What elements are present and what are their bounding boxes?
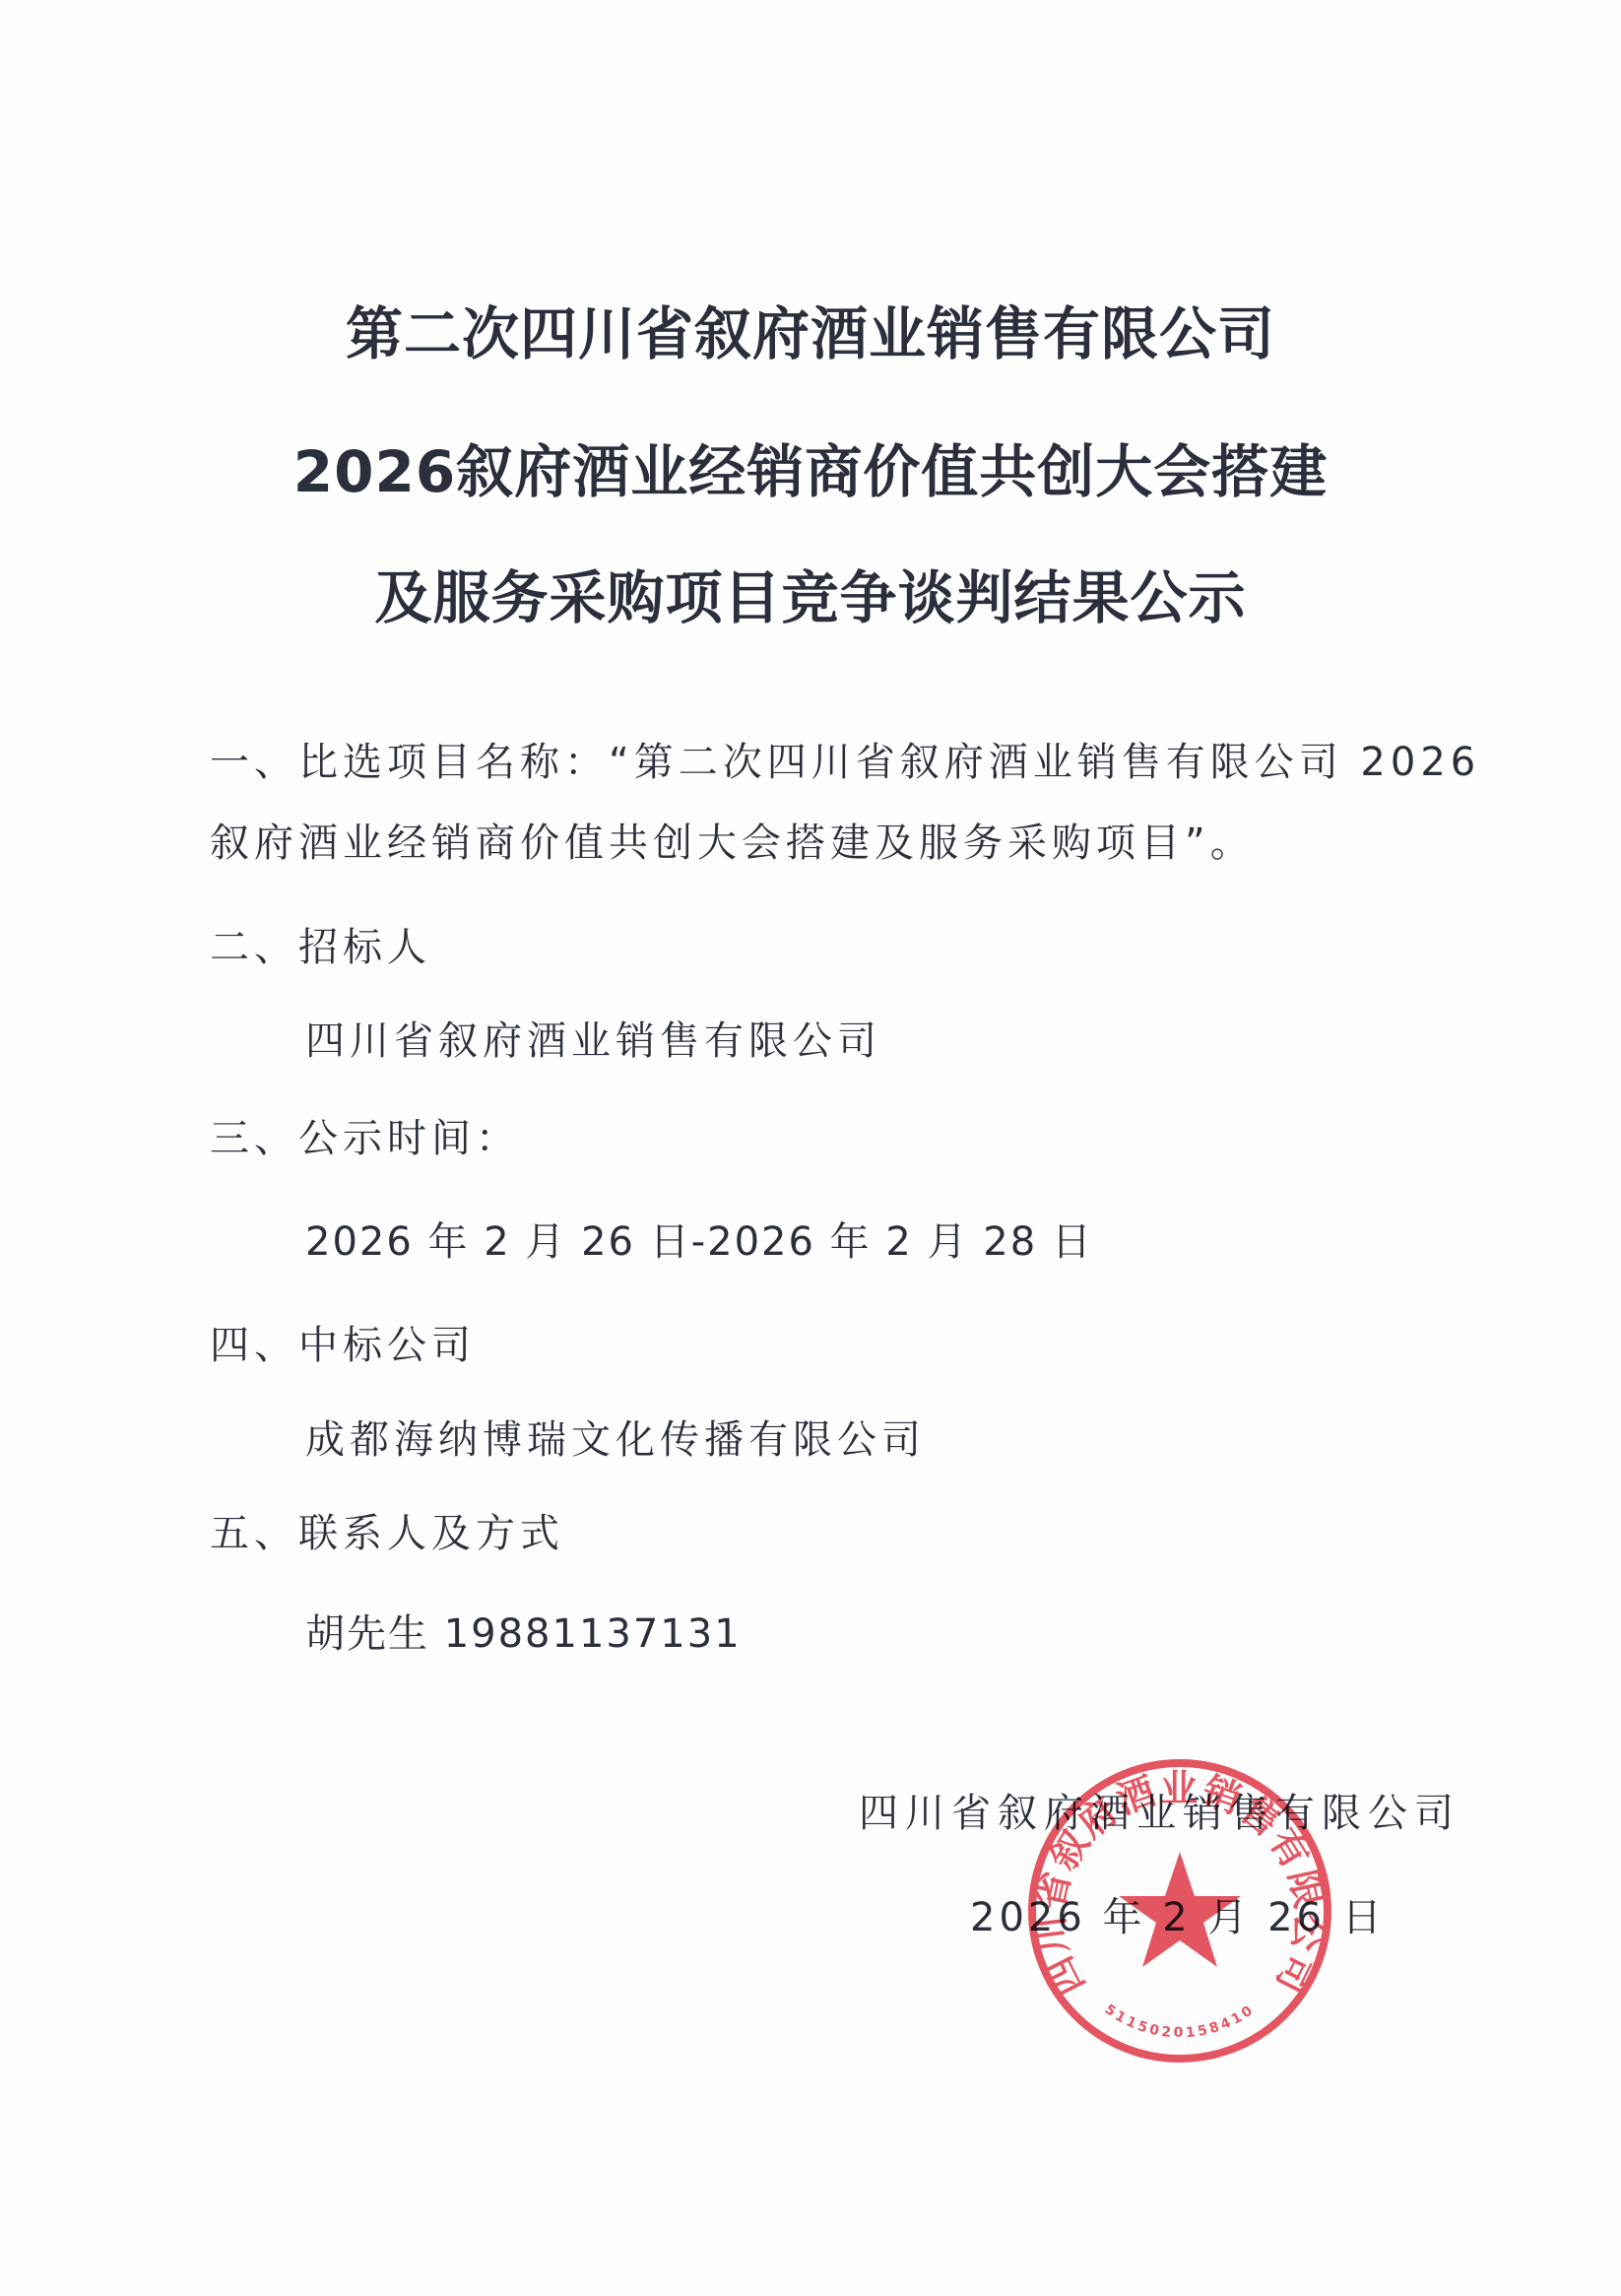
- section-5-content: 胡先生 19881137131: [305, 1608, 742, 1660]
- svg-text:5115020158410: 5115020158410: [1102, 2001, 1259, 2041]
- section-2-heading: 二、招标人: [210, 922, 431, 973]
- section-1-heading: 一、比选项目名称：“第二次四川省叙府酒业销售有限公司 2026: [210, 737, 1480, 788]
- document-page: 第二次四川省叙府酒业销售有限公司 2026叙府酒业经销商价值共创大会搭建 及服务…: [0, 0, 1621, 2296]
- section-4-heading: 四、中标公司: [210, 1320, 476, 1371]
- document-title-line-2: 2026叙府酒业经销商价值共创大会搭建: [0, 437, 1621, 506]
- section-3-heading: 三、公示时间：: [210, 1113, 520, 1164]
- seal-star-icon: [1119, 1852, 1241, 1967]
- section-2-content: 四川省叙府酒业销售有限公司: [305, 1016, 881, 1067]
- company-seal-stamp-icon: 四川省叙府酒业销售有限公司 5115020158410: [1022, 1753, 1337, 2068]
- document-title-line-1: 第二次四川省叙府酒业销售有限公司: [0, 299, 1621, 368]
- section-3-content: 2026 年 2 月 26 日-2026 年 2 月 28 日: [305, 1216, 1093, 1268]
- section-5-heading: 五、联系人及方式: [210, 1508, 564, 1559]
- section-1-continuation: 叙府酒业经销商价值共创大会搭建及服务采购项目”。: [210, 818, 1255, 869]
- section-4-content: 成都海纳博瑞文化传播有限公司: [305, 1414, 926, 1466]
- document-title-line-3: 及服务采购项目竞争谈判结果公示: [0, 563, 1621, 632]
